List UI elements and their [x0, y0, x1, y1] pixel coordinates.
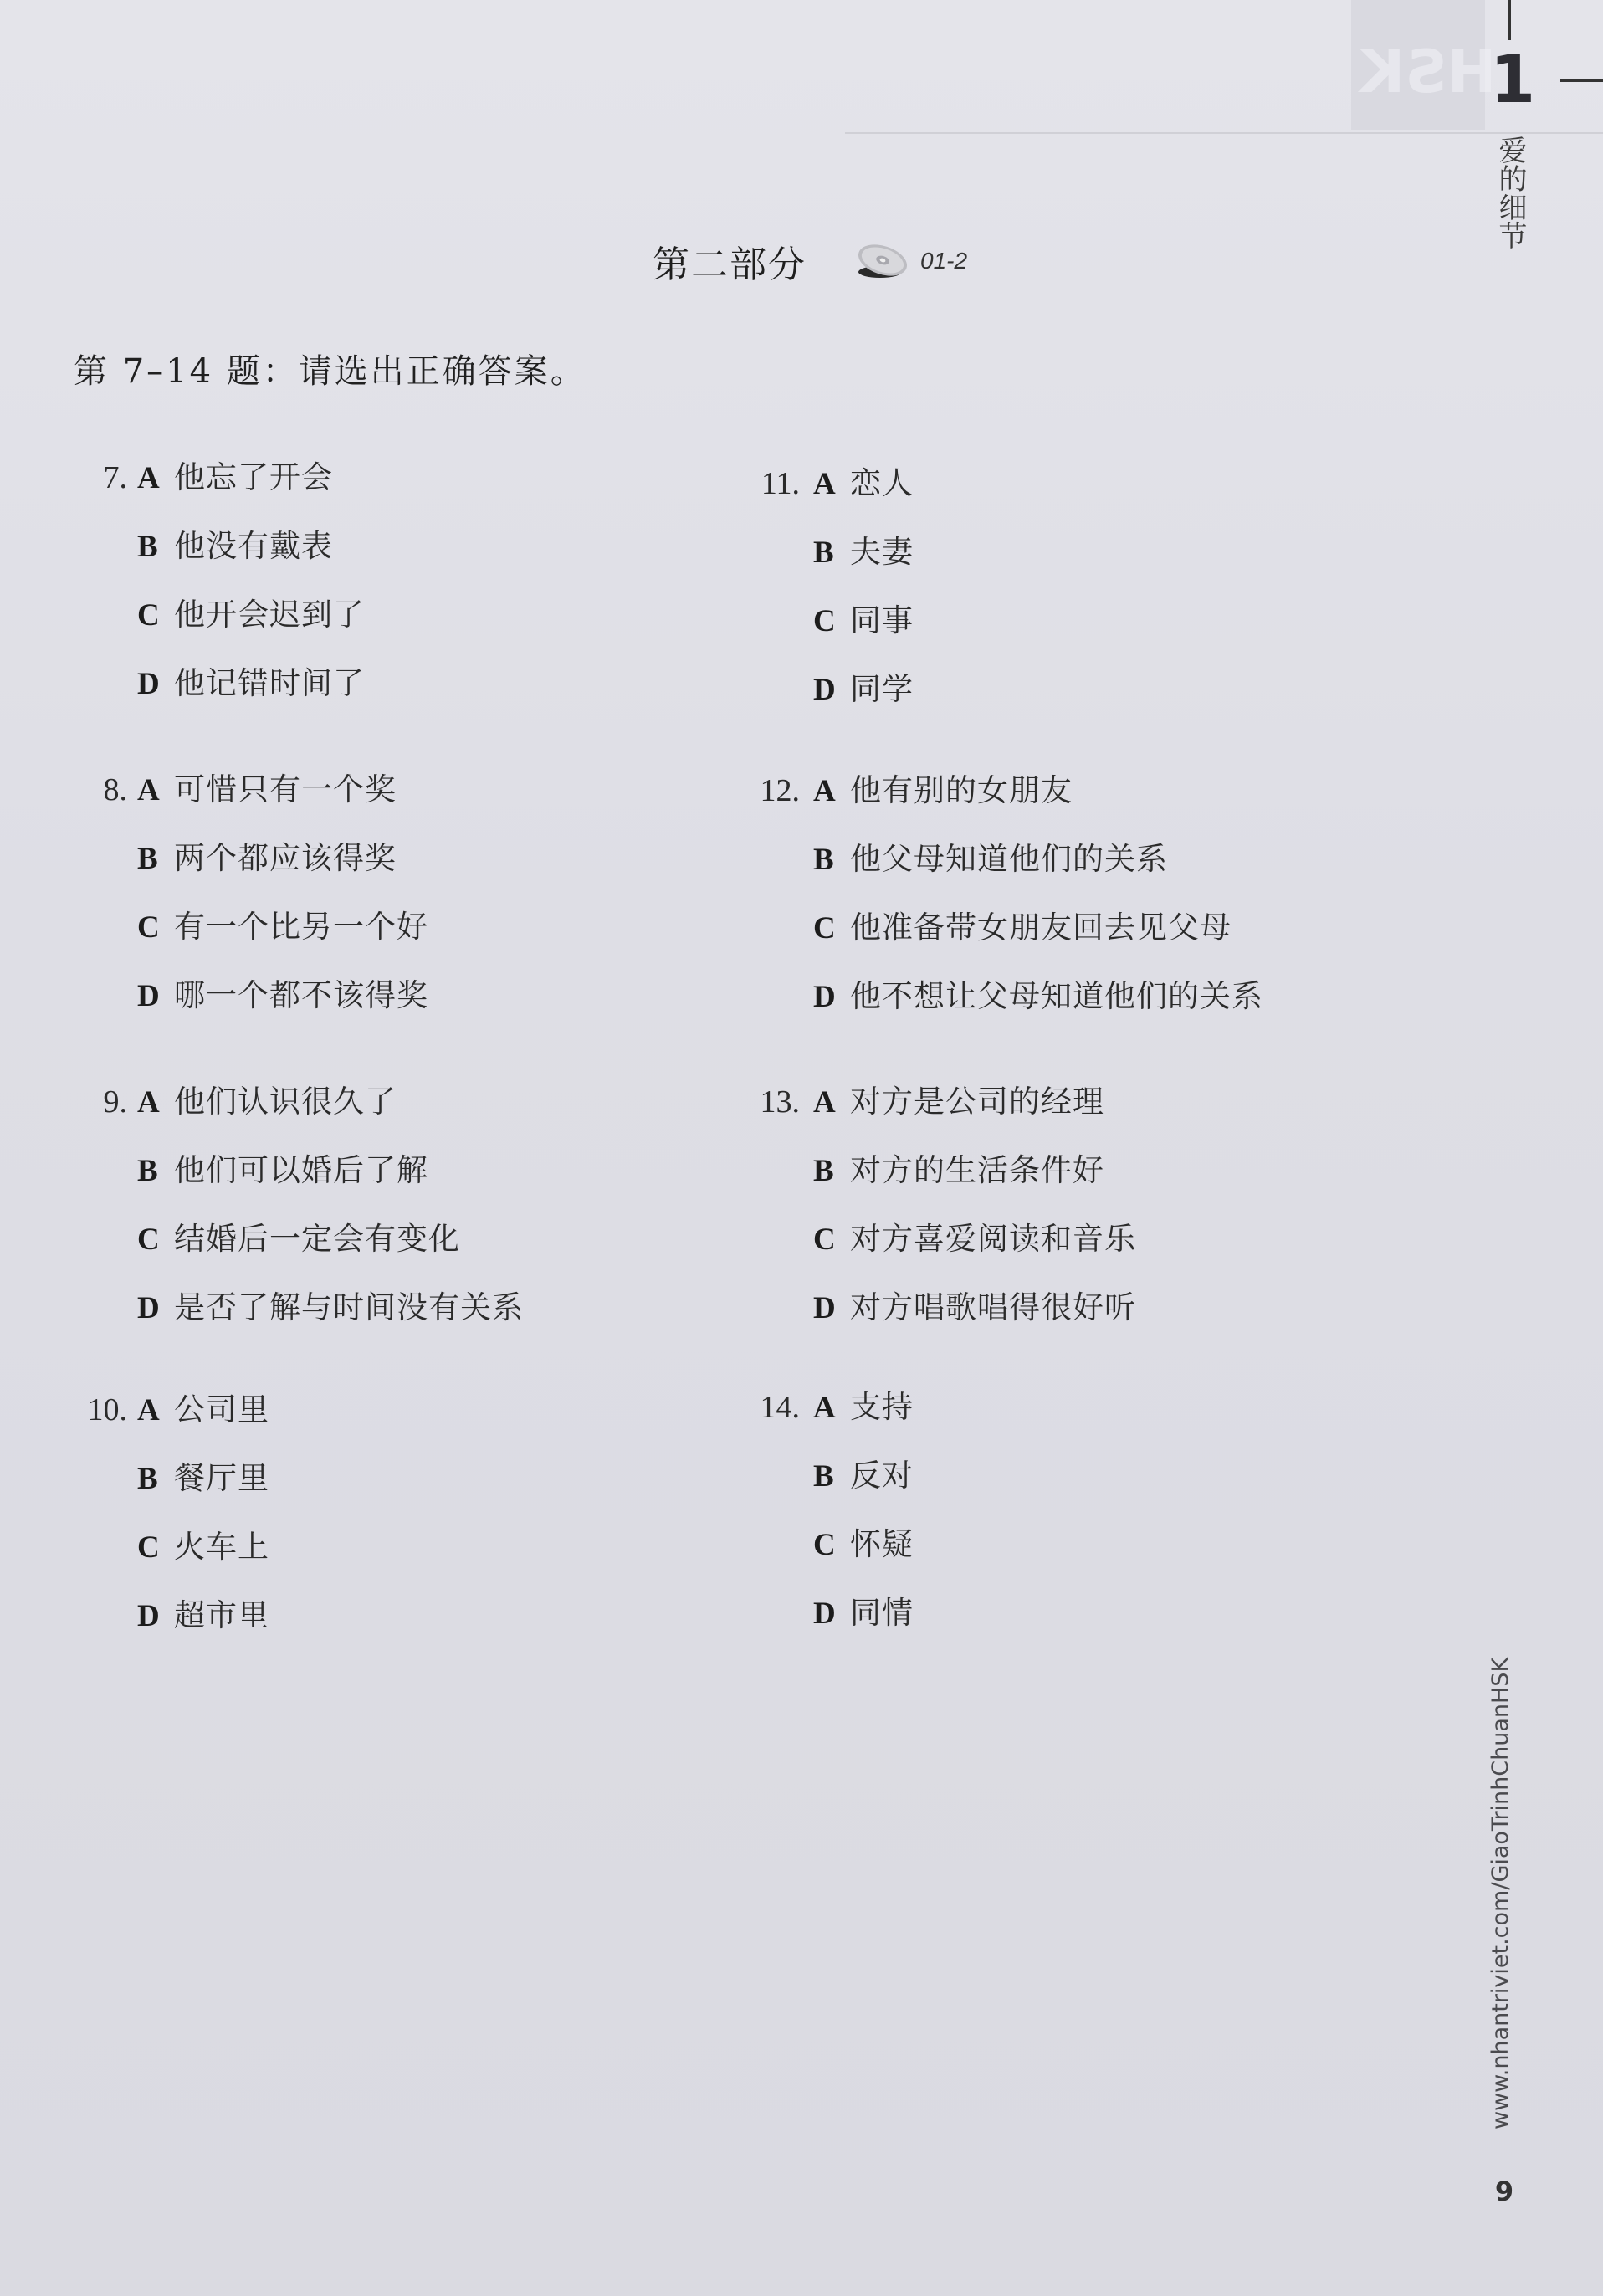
- option-text: 他不想让父母知道他们的关系: [850, 971, 1263, 1016]
- option-text: 他们可以婚后了解: [174, 1145, 428, 1190]
- option-letter: D: [813, 979, 850, 1015]
- option-letter: C: [137, 910, 174, 946]
- option-row: D 他记错时间了: [74, 658, 726, 726]
- option-text: 公司里: [174, 1384, 269, 1429]
- question-number: 8.: [74, 771, 137, 808]
- option-text: 同情: [850, 1587, 914, 1632]
- option-letter: A: [813, 1390, 850, 1426]
- option-text: 哪一个都不该得奖: [174, 970, 428, 1015]
- option-row: B 两个都应该得奖: [74, 833, 726, 901]
- option-letter: A: [813, 773, 850, 809]
- option-row: B 餐厅里: [74, 1453, 726, 1521]
- option-row: D 对方唱歌唱得很好听: [741, 1282, 1394, 1350]
- option-text: 他准备带女朋友回去见父母: [850, 902, 1232, 947]
- option-row: C 火车上: [74, 1521, 726, 1590]
- option-row: C 同事: [741, 595, 1394, 664]
- option-letter: A: [137, 1392, 174, 1428]
- chapter-tab: 1 爱的细节: [1472, 0, 1603, 301]
- option-text: 结婚后一定会有变化: [174, 1213, 460, 1258]
- option-letter: D: [137, 1290, 174, 1326]
- option-letter: D: [137, 1598, 174, 1634]
- option-text: 可惜只有一个奖: [174, 764, 397, 809]
- option-letter: B: [137, 841, 174, 877]
- option-text: 他忘了开会: [174, 452, 333, 497]
- question-11: 11. A 恋人 B 夫妻 C 同事 D 同学: [741, 458, 1394, 732]
- option-row: C 结婚后一定会有变化: [74, 1213, 726, 1282]
- option-row: C 他开会迟到了: [74, 589, 726, 658]
- question-8: 8. A 可惜只有一个奖 B 两个都应该得奖 C 有一个比另一个好 D 哪一个都…: [74, 764, 726, 1038]
- question-number: 13.: [741, 1084, 813, 1120]
- option-row: C 他准备带女朋友回去见父母: [741, 902, 1394, 971]
- option-row: 14. A 支持: [741, 1381, 1394, 1450]
- question-10: 10. A 公司里 B 餐厅里 C 火车上 D 超市里: [74, 1384, 726, 1658]
- option-row: D 是否了解与时间没有关系: [74, 1282, 726, 1350]
- option-text: 是否了解与时间没有关系: [174, 1282, 524, 1327]
- question-number: 10.: [74, 1391, 137, 1428]
- option-letter: A: [813, 1084, 850, 1120]
- option-text: 夫妻: [850, 526, 914, 571]
- option-row: D 他不想让父母知道他们的关系: [741, 971, 1394, 1039]
- option-letter: C: [137, 1530, 174, 1566]
- option-text: 餐厅里: [174, 1453, 269, 1498]
- option-text: 对方喜爱阅读和音乐: [850, 1213, 1136, 1258]
- chapter-title: 爱的细节: [1491, 136, 1528, 249]
- option-row: C 有一个比另一个好: [74, 901, 726, 970]
- option-text: 反对: [850, 1450, 914, 1495]
- page-number: 9: [1488, 2176, 1521, 2207]
- option-text: 超市里: [174, 1590, 269, 1635]
- option-letter: A: [137, 1084, 174, 1120]
- question-12: 12. A 他有别的女朋友 B 他父母知道他们的关系 C 他准备带女朋友回去见父…: [741, 765, 1394, 1039]
- option-text: 他记错时间了: [174, 658, 365, 703]
- option-letter: D: [813, 672, 850, 708]
- question-number: 11.: [741, 465, 813, 502]
- option-text: 对方是公司的经理: [850, 1076, 1104, 1121]
- option-row: D 同学: [741, 664, 1394, 732]
- option-letter: B: [813, 1153, 850, 1189]
- option-row: 9. A 他们认识很久了: [74, 1076, 726, 1145]
- workbook-page: HSK 1 爱的细节 第二部分 01-2 第 7–14 题：请选出正确答案。 7…: [0, 0, 1603, 2296]
- option-row: D 同情: [741, 1587, 1394, 1656]
- option-text: 他有别的女朋友: [850, 765, 1073, 810]
- question-9: 9. A 他们认识很久了 B 他们可以婚后了解 C 结婚后一定会有变化 D 是否…: [74, 1076, 726, 1350]
- option-row: B 夫妻: [741, 526, 1394, 595]
- option-text: 他开会迟到了: [174, 589, 365, 634]
- option-text: 同学: [850, 664, 914, 709]
- option-row: 10. A 公司里: [74, 1384, 726, 1453]
- option-text: 火车上: [174, 1521, 269, 1566]
- question-number: 12.: [741, 772, 813, 809]
- option-letter: C: [813, 1527, 850, 1563]
- option-text: 他父母知道他们的关系: [850, 833, 1168, 879]
- option-row: C 怀疑: [741, 1519, 1394, 1587]
- option-letter: D: [137, 666, 174, 702]
- option-letter: A: [813, 466, 850, 502]
- option-row: B 反对: [741, 1450, 1394, 1519]
- option-letter: B: [137, 1461, 174, 1497]
- option-row: 12. A 他有别的女朋友: [741, 765, 1394, 833]
- option-letter: A: [137, 772, 174, 808]
- option-row: 7. A 他忘了开会: [74, 452, 726, 520]
- option-letter: B: [137, 1153, 174, 1189]
- option-letter: A: [137, 460, 174, 496]
- option-letter: B: [813, 1458, 850, 1494]
- option-text: 两个都应该得奖: [174, 833, 397, 878]
- option-text: 同事: [850, 595, 914, 640]
- chapter-number: 1: [1479, 47, 1546, 114]
- option-text: 支持: [850, 1381, 914, 1427]
- option-row: 13. A 对方是公司的经理: [741, 1076, 1394, 1145]
- question-number: 14.: [741, 1389, 813, 1426]
- option-row: D 超市里: [74, 1590, 726, 1658]
- publisher-url: www.nhantriviet.com/GiaoTrinhChuanHSK: [1488, 1636, 1521, 2129]
- option-letter: B: [813, 842, 850, 878]
- audio-track-label: 01-2: [920, 248, 967, 274]
- question-14: 14. A 支持 B 反对 C 怀疑 D 同情: [741, 1381, 1394, 1656]
- question-13: 13. A 对方是公司的经理 B 对方的生活条件好 C 对方喜爱阅读和音乐 D …: [741, 1076, 1394, 1350]
- question-number: 7.: [74, 459, 137, 496]
- option-letter: C: [813, 910, 850, 946]
- question-7: 7. A 他忘了开会 B 他没有戴表 C 他开会迟到了 D 他记错时间了: [74, 452, 726, 726]
- option-row: B 他父母知道他们的关系: [741, 833, 1394, 902]
- option-text: 他们认识很久了: [174, 1076, 397, 1121]
- option-row: B 对方的生活条件好: [741, 1145, 1394, 1213]
- option-text: 怀疑: [850, 1519, 914, 1564]
- option-letter: C: [137, 597, 174, 633]
- option-row: B 他们可以婚后了解: [74, 1145, 726, 1213]
- option-letter: B: [137, 529, 174, 565]
- option-letter: C: [813, 1222, 850, 1258]
- option-text: 他没有戴表: [174, 520, 333, 566]
- chapter-divider-horizontal: [1560, 79, 1603, 82]
- option-letter: B: [813, 535, 850, 571]
- option-text: 恋人: [850, 458, 914, 503]
- instruction-text: 第 7–14 题：请选出正确答案。: [74, 345, 586, 392]
- cd-icon: [855, 242, 910, 280]
- option-text: 对方唱歌唱得很好听: [850, 1282, 1136, 1327]
- option-row: 8. A 可惜只有一个奖: [74, 764, 726, 833]
- section-heading: 第二部分 01-2: [653, 234, 967, 288]
- chapter-divider-vertical: [1508, 0, 1511, 40]
- option-letter: D: [813, 1290, 850, 1326]
- option-text: 有一个比另一个好: [174, 901, 428, 946]
- option-letter: C: [813, 603, 850, 639]
- option-text: 对方的生活条件好: [850, 1145, 1104, 1190]
- option-letter: C: [137, 1222, 174, 1258]
- option-row: B 他没有戴表: [74, 520, 726, 589]
- option-row: 11. A 恋人: [741, 458, 1394, 526]
- section-title: 第二部分: [653, 234, 807, 288]
- option-letter: D: [813, 1596, 850, 1632]
- option-row: C 对方喜爱阅读和音乐: [741, 1213, 1394, 1282]
- option-row: D 哪一个都不该得奖: [74, 970, 726, 1038]
- option-letter: D: [137, 978, 174, 1014]
- question-number: 9.: [74, 1084, 137, 1120]
